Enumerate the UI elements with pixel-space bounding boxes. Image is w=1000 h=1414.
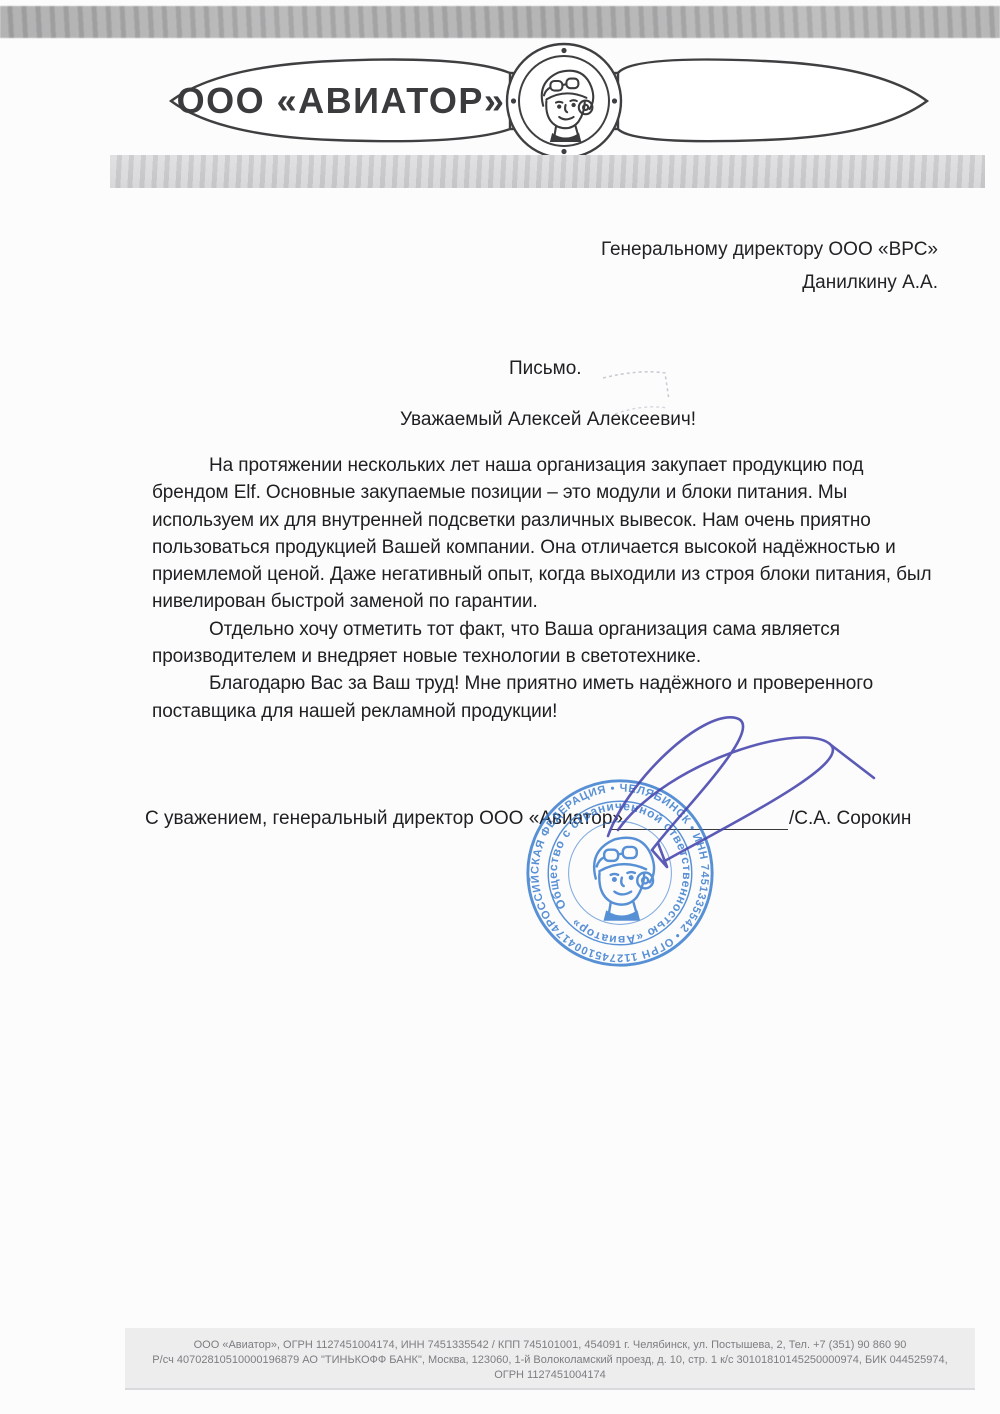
doc-type-title: Письмо.: [509, 358, 582, 380]
logo-text: ООО «АВИАТОР»: [177, 80, 506, 121]
scanned-letter-page: ООО «АВИАТОР» Генеральному директору ООО…: [0, 0, 1000, 1414]
body-line: производителем и внедряет новые технолог…: [152, 643, 942, 670]
footer-bar: ООО «Авиатор», ОГРН 1127451004174, ИНН 7…: [125, 1328, 975, 1390]
pen-signature: [500, 688, 900, 893]
body-line: На протяжении нескольких лет наша органи…: [152, 452, 942, 479]
salutation: Уважаемый Алексей Алексеевич!: [400, 409, 696, 431]
header-divider-bar: [110, 155, 985, 188]
scan-artifact-top-band: [0, 6, 1000, 38]
footer-line: ОГРН 1127451004174: [125, 1368, 975, 1383]
body-line: Отдельно хочу отметить тот факт, что Ваш…: [152, 616, 942, 643]
body-line: брендом Elf. Основные закупаемые позиции…: [152, 479, 942, 506]
body-line: используем их для внутренней подсветки р…: [152, 507, 942, 534]
recipient-line: Данилкину А.А.: [601, 266, 938, 299]
recipient-block: Генеральному директору ООО «ВРС» Данилки…: [601, 233, 938, 299]
footer-line: Р/сч 40702810510000196879 АО "ТИНЬКОФФ Б…: [125, 1353, 975, 1368]
body-line: нивелирован быстрой заменой по гарантии.: [152, 588, 942, 615]
propeller-hub-ring: [519, 56, 609, 146]
recipient-line: Генеральному директору ООО «ВРС»: [601, 233, 938, 266]
paragraph: Отдельно хочу отметить тот факт, что Ваш…: [152, 616, 942, 671]
body-line: пользоваться продукцией Вашей компании. …: [152, 534, 942, 561]
paragraph: На протяжении нескольких лет наша органи…: [152, 452, 942, 616]
letter-body: На протяжении нескольких лет наша органи…: [152, 452, 942, 725]
company-logo: ООО «АВИАТОР»: [163, 42, 935, 170]
body-line: приемлемой ценой. Даже негативный опыт, …: [152, 561, 942, 588]
propeller-right-blade: [618, 60, 927, 142]
footer-line: ООО «Авиатор», ОГРН 1127451004174, ИНН 7…: [125, 1338, 975, 1353]
